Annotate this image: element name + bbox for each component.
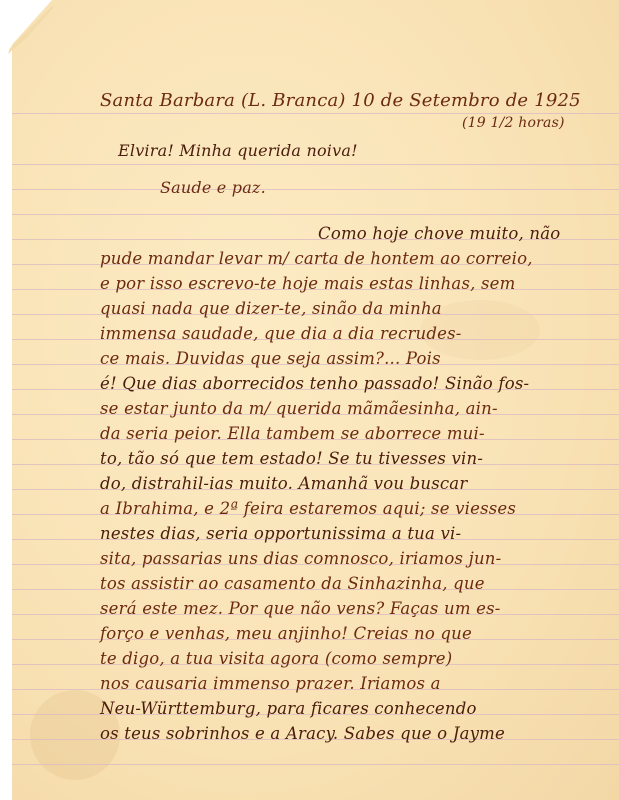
letter-body-line: nestes dias, seria opportunissima a tua … bbox=[100, 524, 461, 543]
letter-body-line: forço e venhas, meu anjinho! Creias no q… bbox=[100, 624, 472, 643]
letter-place-date: Santa Barbara (L. Branca) 10 de Setembro… bbox=[100, 90, 581, 111]
letter-body-line: da seria peior. Ella tambem se aborrece … bbox=[100, 424, 485, 443]
letter-body-line: te digo, a tua visita agora (como sempre… bbox=[100, 649, 452, 668]
letter-body-line: to, tão só que tem estado! Se tu tivesse… bbox=[100, 449, 483, 468]
letter-body-line: quasi nada que dizer-te, sinão da minha bbox=[100, 299, 442, 318]
letter-body-line: a Ibrahima, e 2ª feira estaremos aqui; s… bbox=[100, 499, 516, 518]
letter-body-line: será este mez. Por que não vens? Faças u… bbox=[100, 599, 501, 618]
letter-page: Santa Barbara (L. Branca) 10 de Setembro… bbox=[0, 0, 619, 800]
letter-body-line: nos causaria immenso prazer. Iriamos a bbox=[100, 674, 441, 693]
ruled-line bbox=[12, 764, 619, 765]
letter-greeting: Elvira! Minha querida noiva! bbox=[118, 141, 358, 160]
ruled-line bbox=[12, 189, 619, 190]
letter-body-line: se estar junto da m/ querida mãmãesinha,… bbox=[100, 399, 498, 418]
letter-body-line: os teus sobrinhos e a Aracy. Sabes que o… bbox=[100, 724, 505, 743]
letter-body-line: pude mandar levar m/ carta de hontem ao … bbox=[100, 249, 533, 268]
letter-body-line: e por isso escrevo-te hoje mais estas li… bbox=[100, 274, 515, 293]
letter-body-line: tos assistir ao casamento da Sinhazinha,… bbox=[100, 574, 485, 593]
page-left-margin-background bbox=[0, 0, 12, 800]
letter-body-line: do, distrahil-ias muito. Amanhã vou busc… bbox=[100, 474, 467, 493]
letter-body-line: immensa saudade, que dia a dia recrudes- bbox=[100, 324, 462, 343]
letter-body-line: sita, passarias uns dias comnosco, iriam… bbox=[100, 549, 501, 568]
ruled-line bbox=[12, 164, 619, 165]
letter-body-line: Neu-Württemburg, para ficares conhecendo bbox=[100, 699, 477, 718]
ruled-line bbox=[12, 113, 619, 114]
letter-body-line: ce mais. Duvidas que seja assim?... Pois bbox=[100, 349, 441, 368]
letter-body-line: Como hoje chove muito, não bbox=[318, 224, 560, 243]
letter-body-line: é! Que dias aborrecidos tenho passado! S… bbox=[100, 374, 529, 393]
letter-time: (19 1/2 horas) bbox=[462, 115, 565, 131]
ruled-line bbox=[12, 214, 619, 215]
letter-salutation: Saude e paz. bbox=[160, 178, 266, 197]
